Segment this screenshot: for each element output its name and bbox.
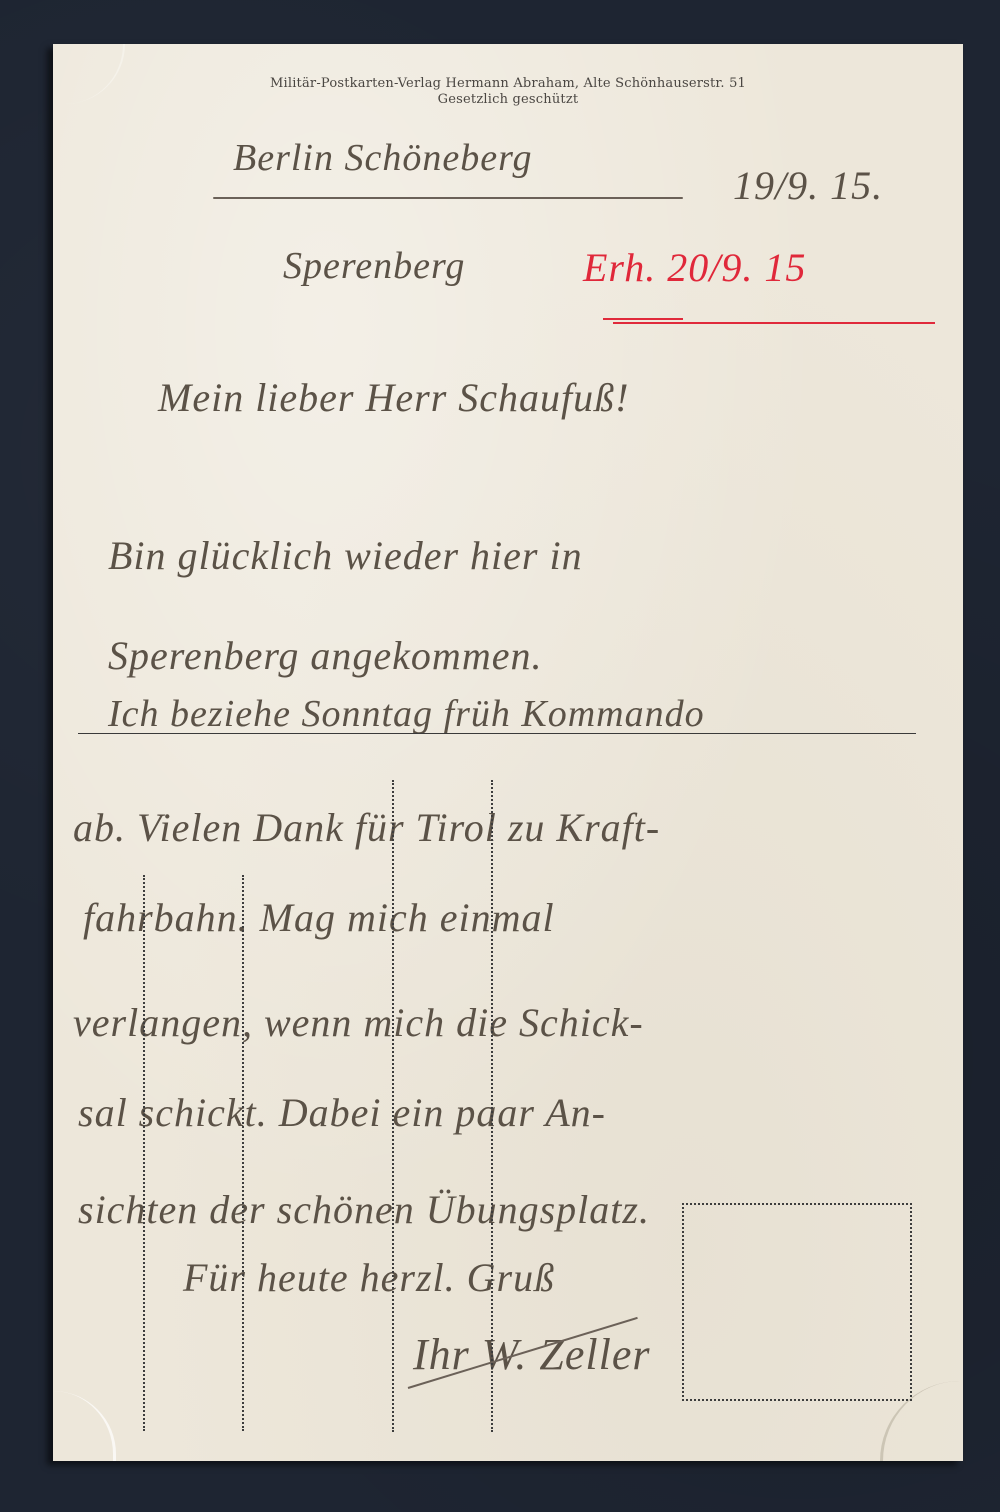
body-line: sal schickt. Dabei ein paar An-	[78, 1089, 606, 1136]
date-written: 19/9. 15.	[733, 162, 883, 209]
address-dotted-line	[491, 780, 493, 1432]
destination: Sperenberg	[283, 244, 465, 288]
address-divider-line	[78, 733, 916, 734]
body-line: verlangen, wenn mich die Schick-	[73, 999, 644, 1046]
received-note: Erh. 20/9. 15	[583, 244, 806, 291]
received-underline-short	[603, 318, 683, 320]
publisher-imprint: Militär-Postkarten-Verlag Hermann Abraha…	[53, 76, 963, 91]
signature: Ihr W. Zeller	[413, 1329, 651, 1380]
body-line: Bin glücklich wieder hier in	[108, 532, 583, 579]
address-dotted-line	[392, 780, 394, 1432]
body-line: fahrbahn. Mag mich einmal	[83, 894, 555, 941]
body-line: ab. Vielen Dank für Tirol zu Kraft-	[73, 804, 660, 851]
body-line: Für heute herzl. Gruß	[183, 1254, 555, 1301]
sender-place: Berlin Schöneberg	[233, 136, 532, 180]
body-line: Ich beziehe Sonntag früh Kommando	[108, 692, 705, 736]
address-dotted-line	[143, 875, 145, 1431]
stamp-box	[682, 1203, 912, 1401]
corner-crease	[53, 1391, 116, 1461]
place-underline	[213, 197, 683, 199]
received-underline	[613, 322, 935, 324]
copyright-notice: Gesetzlich geschützt	[53, 92, 963, 107]
postcard: Militär-Postkarten-Verlag Hermann Abraha…	[53, 44, 963, 1461]
body-line: Sperenberg angekommen.	[108, 632, 542, 679]
body-line: sichten der schönen Übungsplatz.	[78, 1186, 650, 1233]
salutation: Mein lieber Herr Schaufuß!	[158, 374, 629, 421]
address-dotted-line	[242, 875, 244, 1431]
